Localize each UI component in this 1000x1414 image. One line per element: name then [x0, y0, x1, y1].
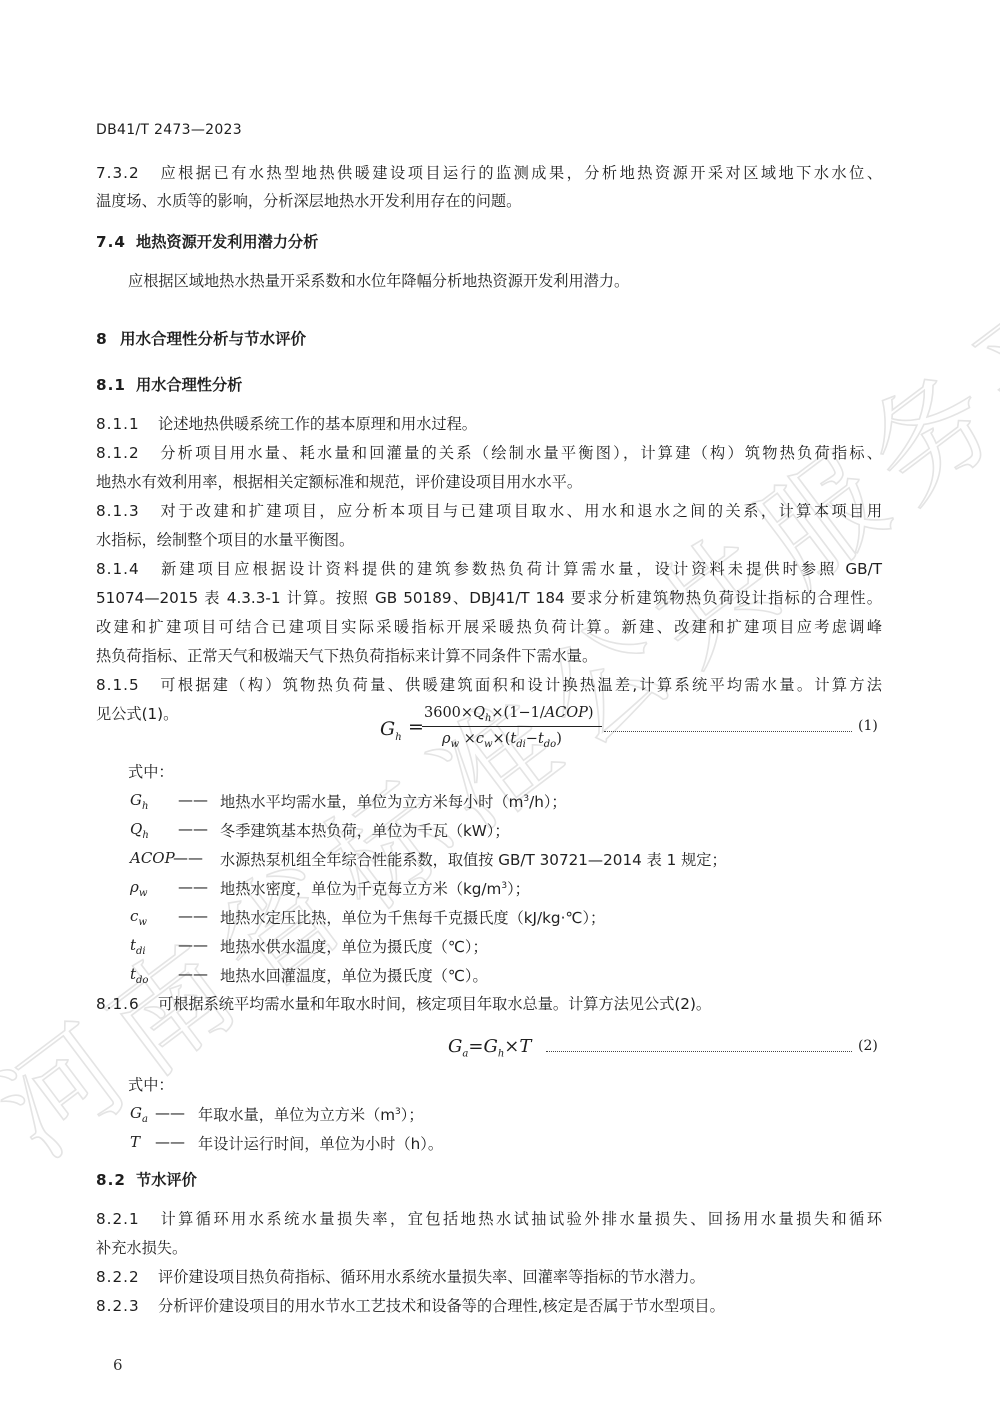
section-number: 8.1 — [96, 375, 136, 395]
variable-symbol: ρw — [130, 878, 147, 899]
clause-number: 8.1.6 — [96, 994, 158, 1014]
formula-number: (2) — [858, 1038, 878, 1054]
variable-symbol: T — [130, 1133, 140, 1151]
clause-text: 计算循环用水系统水量损失率，宜包括地热水试抽试验外排水量损失、回扬用水量损失和循… — [158, 1210, 882, 1228]
definition-dash: —— — [178, 791, 208, 809]
clause-text: 论述地热供暖系统工作的基本原理和用水过程。 — [158, 415, 477, 433]
clause-8-1-6: 8.1.6可根据系统平均需水量和年取水时间，核定项目年取水总量。计算方法见公式(… — [96, 994, 711, 1014]
variable-symbol: tdi — [130, 936, 146, 957]
clause-text: 新建项目应根据设计资料提供的建筑参数热负荷计算需水量，设计资料未提供时参照 GB… — [158, 560, 882, 578]
section-title: 用水合理性分析 — [136, 376, 242, 394]
where-intro-2: 式中： — [128, 1075, 174, 1095]
fraction-bar — [422, 726, 602, 727]
definition-dash: —— — [178, 878, 208, 896]
definition-dash: —— — [178, 820, 208, 838]
clause-8-1-4-cont-2: 改建和扩建项目可结合已建项目实际采暖指标开展采暖热负荷计算。新建、改建和扩建项目… — [96, 617, 882, 637]
chapter-number: 8 — [96, 329, 120, 349]
variable-symbol: cw — [130, 907, 147, 928]
definition-dash: —— — [155, 1133, 185, 1151]
clause-8-2-3: 8.2.3分析评价建设项目的用水节水工艺技术和设备等的合理性,核定是否属于节水型… — [96, 1296, 725, 1316]
clause-7-3-2: 7.3.2应根据已有水热型地热供暖建设项目运行的监测成果，分析地热资源开采对区域… — [96, 163, 882, 183]
variable-description: 年取水量，单位为立方米（m3）； — [198, 1104, 424, 1125]
clause-number: 7.3.2 — [96, 163, 158, 183]
definition-dash: —— — [178, 907, 208, 925]
clause-text: 可根据建（构）筑物热负荷量、供暖建筑面积和设计换热温差,计算系统平均需水量。计算… — [158, 676, 882, 694]
clause-text: 分析评价建设项目的用水节水工艺技术和设备等的合理性,核定是否属于节水型项目。 — [158, 1297, 725, 1315]
clause-8-1-2: 8.1.2分析项目用水量、耗水量和回灌量的关系（绘制水量平衡图），计算建（构）筑… — [96, 443, 882, 463]
variable-symbol: tdo — [130, 965, 148, 986]
document-id-header: DB41/T 2473—2023 — [96, 120, 242, 140]
section-title: 地热资源开发利用潜力分析 — [136, 233, 318, 251]
variable-symbol: Gh — [130, 791, 148, 812]
formula-expression: Ga=Gh×T — [448, 1036, 531, 1060]
clause-8-2-1: 8.2.1计算循环用水系统水量损失率，宜包括地热水试抽试验外排水量损失、回扬用水… — [96, 1209, 882, 1229]
variable-description: 地热水定压比热，单位为千焦每千克摄氏度（kJ/kg·℃）； — [220, 907, 605, 928]
clause-8-2-1-cont: 补充水损失。 — [96, 1238, 187, 1258]
chapter-heading-8: 8用水合理性分析与节水评价 — [96, 329, 306, 349]
clause-text: 分析项目用水量、耗水量和回灌量的关系（绘制水量平衡图），计算建（构）筑物热负荷指… — [158, 444, 882, 462]
document-page: 河南省标准公共服务平台 DB41/T 2473—2023 7.3.2应根据已有水… — [0, 0, 1000, 1414]
clause-7-3-2-cont: 温度场、水质等的影响，分析深层地热水开发利用存在的问题。 — [96, 191, 521, 211]
clause-8-1-4-cont-3: 热负荷指标、正常天气和极端天气下热负荷指标来计算不同条件下需水量。 — [96, 646, 597, 666]
clause-8-1-3: 8.1.3对于改建和扩建项目，应分析本项目与已建项目取水、用水和退水之间的关系，… — [96, 501, 882, 521]
section-number: 8.2 — [96, 1170, 136, 1190]
variable-symbol: Qh — [130, 820, 149, 841]
clause-text: 可根据系统平均需水量和年取水时间，核定项目年取水总量。计算方法见公式(2)。 — [158, 995, 711, 1013]
clause-number: 8.1.3 — [96, 501, 158, 521]
clause-number: 8.2.1 — [96, 1209, 158, 1229]
clause-8-1-4-cont-1: 51074—2015 表 4.3.3-1 计算。按照 GB 50189、DBJ4… — [96, 588, 882, 608]
leader-dots — [604, 731, 852, 732]
clause-number: 8.1.4 — [96, 559, 158, 579]
section-number: 7.4 — [96, 232, 136, 252]
chapter-title: 用水合理性分析与节水评价 — [120, 330, 306, 348]
clause-8-1-4: 8.1.4新建项目应根据设计资料提供的建筑参数热负荷计算需水量，设计资料未提供时… — [96, 559, 882, 579]
page-content: DB41/T 2473—2023 7.3.2应根据已有水热型地热供暖建设项目运行… — [0, 0, 1000, 1414]
definition-dash: —— — [155, 1104, 185, 1122]
clause-number: 8.1.5 — [96, 675, 158, 695]
variable-description: 冬季建筑基本热负荷，单位为千瓦（kW）； — [220, 820, 510, 841]
variable-symbol: ACOP — [130, 849, 175, 867]
clause-number: 8.1.2 — [96, 443, 158, 463]
definition-dash: —— — [178, 965, 208, 983]
variable-description: 地热水密度，单位为千克每立方米（kg/m3）； — [220, 878, 530, 899]
formula-lhs: Gh — [380, 718, 402, 743]
where-intro-1: 式中： — [128, 762, 174, 782]
clause-text: 应根据已有水热型地热供暖建设项目运行的监测成果，分析地热资源开采对区域地下水水位… — [158, 164, 882, 182]
variable-description: 地热水平均需水量，单位为立方米每小时（m3/h）； — [220, 791, 567, 812]
clause-text: 对于改建和扩建项目，应分析本项目与已建项目取水、用水和退水之间的关系，计算本项目… — [158, 502, 882, 520]
section-heading-7-4: 7.4地热资源开发利用潜力分析 — [96, 232, 318, 252]
clause-8-1-2-cont: 地热水有效利用率，根据相关定额标准和规范，评价建设项目用水水平。 — [96, 472, 582, 492]
formula-equals: = — [408, 716, 424, 738]
clause-8-1-3-cont: 水指标，绘制整个项目的水量平衡图。 — [96, 530, 354, 550]
clause-number: 8.2.3 — [96, 1296, 158, 1316]
variable-description: 地热水供水温度，单位为摄氏度（℃）； — [220, 936, 488, 957]
clause-number: 8.2.2 — [96, 1267, 158, 1287]
definition-dash: —— — [173, 849, 203, 867]
variable-description: 地热水回灌温度，单位为摄氏度（℃）。 — [220, 965, 488, 986]
section-title: 节水评价 — [136, 1171, 197, 1189]
variable-description: 水源热泵机组全年综合性能系数，取值按 GB/T 30721—2014 表 1 规… — [220, 849, 727, 870]
formula-denominator: ρw ×cw×(tdi−tdo) — [442, 731, 562, 750]
page-number: 6 — [113, 1356, 123, 1374]
section-heading-8-1: 8.1用水合理性分析 — [96, 375, 242, 395]
variable-symbol: Ga — [130, 1104, 148, 1125]
formula-numerator: 3600×Qh×(1−1/ACOP) — [424, 705, 594, 724]
clause-8-1-5-cont: 见公式(1)。 — [96, 704, 178, 724]
section-7-4-body: 应根据区域地热水热量开采系数和水位年降幅分析地热资源开发利用潜力。 — [128, 271, 629, 291]
variable-description: 年设计运行时间，单位为小时（h）。 — [198, 1133, 443, 1154]
clause-text: 评价建设项目热负荷指标、循环用水系统水量损失率、回灌率等指标的节水潜力。 — [158, 1268, 705, 1286]
clause-8-1-1: 8.1.1论述地热供暖系统工作的基本原理和用水过程。 — [96, 414, 477, 434]
clause-8-2-2: 8.2.2评价建设项目热负荷指标、循环用水系统水量损失率、回灌率等指标的节水潜力… — [96, 1267, 705, 1287]
formula-number: (1) — [858, 718, 878, 734]
section-heading-8-2: 8.2节水评价 — [96, 1170, 197, 1190]
definition-dash: —— — [178, 936, 208, 954]
clause-8-1-5: 8.1.5可根据建（构）筑物热负荷量、供暖建筑面积和设计换热温差,计算系统平均需… — [96, 675, 882, 695]
leader-dots — [546, 1051, 852, 1052]
clause-number: 8.1.1 — [96, 414, 158, 434]
